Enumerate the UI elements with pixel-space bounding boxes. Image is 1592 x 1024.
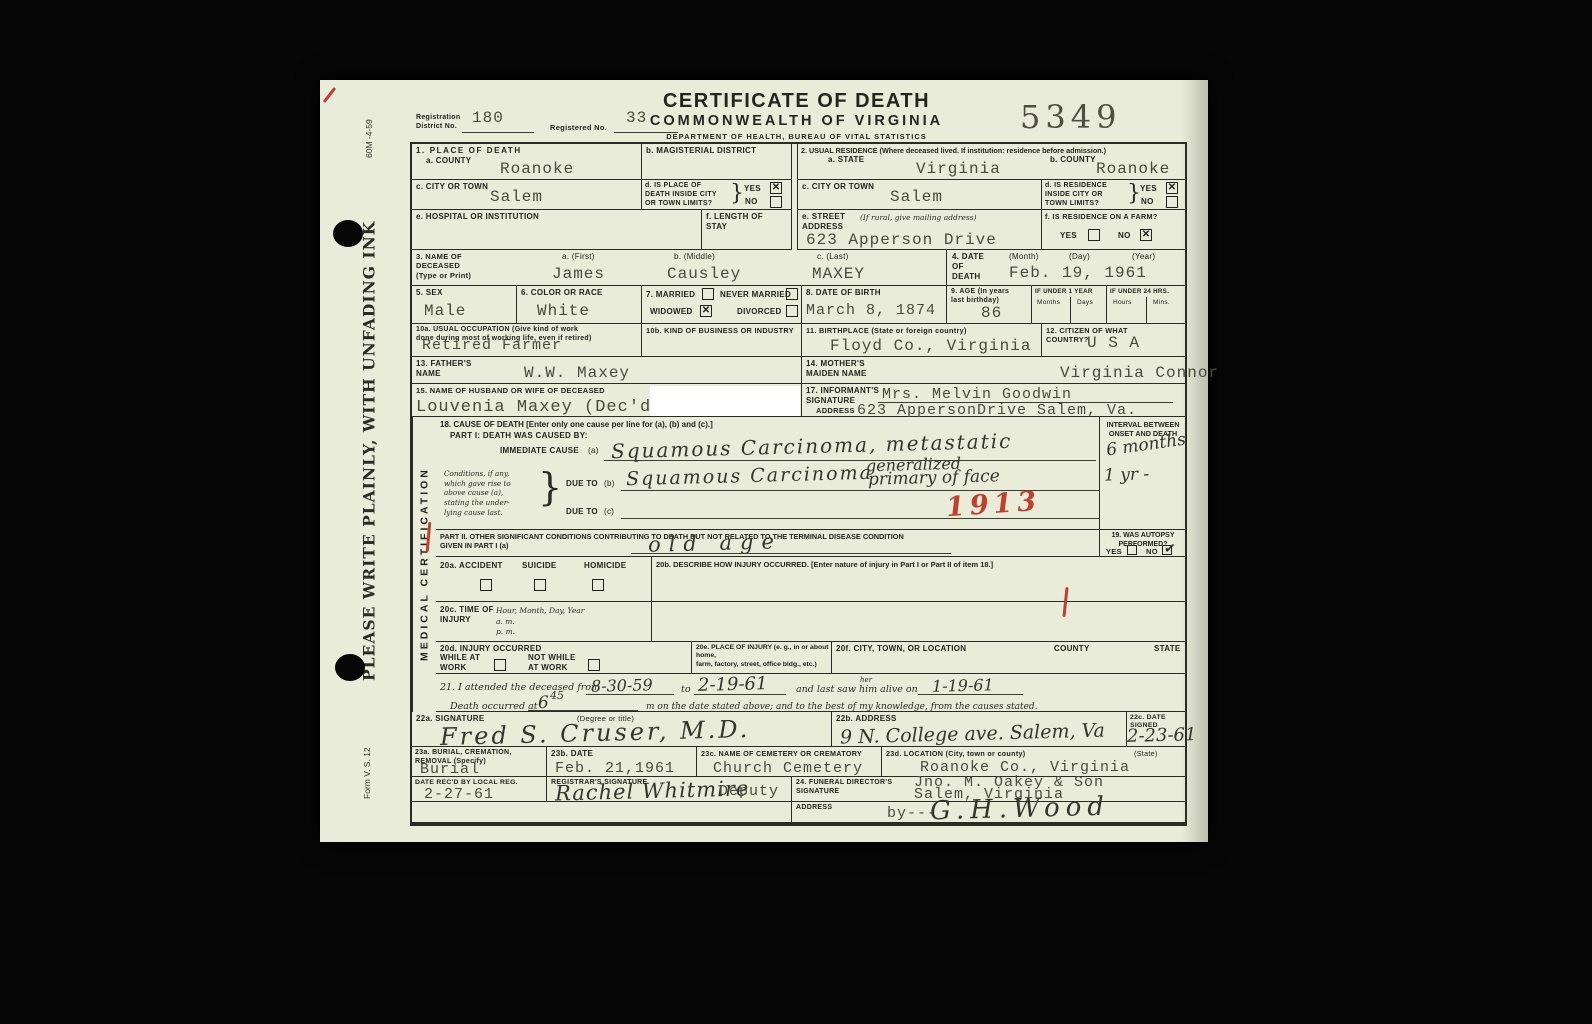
field-age: 9. AGE (In years last birthday) 86 [947, 286, 1032, 324]
address-label: ADDRESS [796, 804, 832, 813]
x-mark: ✕ [702, 305, 710, 316]
medical-certification-text: MEDICAL CERTIFICATION [419, 468, 431, 662]
no-label: NO [745, 197, 758, 207]
field-kind-of-business: 10b. KIND OF BUSINESS OR INDUSTRY [642, 324, 802, 357]
date-signed-handwriting: 2-23-61 [1127, 724, 1197, 747]
registered-no-value: 33 [626, 110, 647, 128]
field-label: 23d. LOCATION (City, town or county) [886, 749, 1026, 758]
field-note: (If rural, give mailing address) [860, 213, 976, 222]
x-mark: ✕ [1142, 229, 1150, 240]
field-age-under-1-year: IF UNDER 1 YEAR Months Days [1032, 286, 1107, 324]
certificate-form: 1. PLACE OF DEATH a. COUNTY Roanoke b. M… [410, 142, 1187, 826]
checkbox-farm-yes [1088, 229, 1100, 241]
scanner-background: 60M -4-59 PLEASE WRITE PLAINLY, WITH UNF… [0, 0, 1592, 1024]
field-label: 18. CAUSE OF DEATH [Enter only one cause… [440, 420, 713, 430]
write-plainly-caption: PLEASE WRITE PLAINLY, WITH UNFADING INK [358, 268, 380, 634]
field-funeral-director-address: ADDRESS by--- G.H.Wood [792, 802, 1185, 822]
field-label: 8. DATE OF BIRTH [806, 288, 881, 298]
field-label: f. IS RESIDENCE ON A FARM? [1045, 212, 1158, 221]
last-name-label: c. (Last) [817, 252, 849, 262]
brace-glyph: } [1127, 181, 1141, 206]
while-at-work-label: WHILE AT WORK [440, 653, 480, 673]
redaction-patch [650, 386, 800, 416]
field-label: 15. NAME OF HUSBAND OR WIFE OF DECEASED [416, 386, 605, 395]
attended-to-handwriting: 2-19-61 [698, 673, 768, 696]
cause-line-b-handwriting: Squamous Carcinoma [626, 462, 873, 490]
spouse-name-value: Louvenia Maxey (Dec'd) [416, 399, 662, 418]
checkbox-suicide [534, 579, 546, 591]
field-label: 9. AGE (In years last birthday) [951, 288, 1009, 306]
checkbox-residence-inside-yes: ✕ [1166, 182, 1178, 194]
field-label: 22b. ADDRESS [836, 714, 897, 724]
checkbox-death-inside-no [770, 196, 782, 208]
underline [614, 132, 678, 133]
physician-signature-handwriting: Fred S. Cruser, M.D. [440, 715, 751, 751]
field-date-signed: 22c. DATE SIGNED 2-23-61 [1127, 712, 1185, 747]
field-label: 5. SEX [416, 288, 443, 298]
field-burial: 23a. BURIAL, CREMATION, REMOVAL (Specify… [412, 747, 547, 777]
field-label: d. IS RESIDENCE INSIDE CITY OR TOWN LIMI… [1045, 182, 1107, 208]
birthplace-value: Floyd Co., Virginia [830, 338, 1031, 356]
field-label: 1. PLACE OF DEATH [416, 146, 522, 156]
field-mother-maiden-name: 14. MOTHER'S MAIDEN NAME Virginia Connor [802, 357, 1185, 384]
field-date-received: DATE REC'D BY LOCAL REG. 2-27-61 [412, 777, 547, 802]
field-label: 14. MOTHER'S MAIDEN NAME [806, 359, 867, 379]
line-a-mark: (a) [588, 446, 599, 456]
part1-label: PART I: DEATH WAS CAUSED BY: [450, 431, 588, 441]
citizenship-value: U S A [1087, 335, 1140, 353]
field-label: e. STREET ADDRESS [802, 212, 845, 232]
field-label: c. CITY OR TOWN [416, 182, 488, 192]
death-time-handwriting: 6 [538, 693, 549, 713]
sex-value: Male [424, 303, 466, 321]
field-length-of-stay: f. LENGTH OF STAY [702, 210, 792, 250]
field-label: 20e. PLACE OF INJURY (e. g., in or about… [696, 644, 831, 669]
homicide-label: HOMICIDE [584, 561, 626, 571]
field-label: a. COUNTY [426, 156, 471, 166]
checkbox-widowed: ✕ [700, 305, 712, 317]
cause-line-b2-handwriting: primary of face [868, 466, 1000, 489]
field-sex: 5. SEX Male [412, 286, 517, 324]
field-residence-on-farm: f. IS RESIDENCE ON A FARM? YES NO ✕ [1042, 210, 1185, 250]
field-birthplace: 11. BIRTHPLACE (State or foreign country… [802, 324, 1042, 357]
time-units-note: Hour, Month, Day, Year [496, 606, 584, 615]
street-address-value: 623 Apperson Drive [806, 232, 997, 250]
field-time-of-injury: 20c. TIME OF INJURY Hour, Month, Day, Ye… [436, 602, 652, 642]
checkbox-autopsy-yes [1127, 545, 1137, 555]
accident-label: 20a. ACCIDENT [440, 561, 503, 571]
field-time-of-injury-blank [652, 602, 1185, 642]
immediate-cause-label: IMMEDIATE CAUSE [500, 446, 579, 456]
field-attended-deceased: 21. I attended the deceased from 8-30-59… [436, 674, 1185, 712]
field-label: c. CITY OR TOWN [802, 182, 874, 192]
field-label: IF UNDER 24 HRS. [1110, 288, 1169, 296]
field-marital-status: 7. MARRIED NEVER MARRIED WIDOWED ✕ DIVOR… [642, 286, 802, 324]
field-part2-conditions: PART II. OTHER SIGNIFICANT CONDITIONS CO… [436, 530, 1099, 557]
field-label: 4. DATE OF DEATH [952, 252, 984, 282]
red-pen-mark-corner [323, 87, 336, 103]
am-label: a. m. [496, 617, 515, 626]
checkbox-while-at-work [494, 659, 506, 671]
first-name-value: James [552, 266, 605, 284]
attended-text: 21. I attended the deceased from [440, 682, 600, 693]
stock-code: 60M -4-59 [362, 108, 376, 170]
widowed-label: WIDOWED [650, 307, 693, 317]
date-of-death-value: Feb. 19, 1961 [1009, 265, 1147, 283]
attended-from-handwriting: 8-30-59 [591, 675, 653, 696]
field-place-of-death-county: 1. PLACE OF DEATH a. COUNTY Roanoke [412, 144, 642, 180]
field-death-inside-limits: d. IS PLACE OF DEATH INSIDE CITY OR TOWN… [642, 180, 792, 210]
pm-label: p. m. [496, 627, 515, 636]
due-to-b-label: DUE TO [566, 479, 598, 489]
county-label: COUNTY [1054, 644, 1090, 654]
center-double-rule [791, 144, 798, 250]
field-spouse-name: 15. NAME OF HUSBAND OR WIFE OF DECEASED … [412, 384, 802, 417]
field-physician-signature: 22a. SIGNATURE (Degree or title) Fred S.… [412, 712, 832, 747]
date-of-birth-value: March 8, 1874 [806, 303, 936, 320]
field-informant: 17. INFORMANT'S SIGNATURE Mrs. Melvin Go… [802, 384, 1185, 417]
middle-name-label: b. (Middle) [674, 252, 715, 262]
funeral-director-signature-handwriting: G.H.Wood [930, 792, 1111, 827]
field-label: 6. COLOR OR RACE [521, 288, 603, 298]
field-label: 20c. TIME OF INJURY [440, 605, 494, 625]
age-value: 86 [981, 305, 1002, 323]
field-name-of-deceased: 3. NAME OF DECEASED (Type or Print) a. (… [412, 250, 947, 286]
burial-date-value: Feb. 21,1961 [555, 761, 675, 778]
mother-name-value: Virginia Connor [1060, 365, 1219, 383]
state-label: STATE [1154, 644, 1181, 654]
registration-district-value: 180 [472, 110, 504, 128]
day-label: (Day) [1069, 252, 1090, 262]
underline [631, 553, 951, 554]
divider [1070, 297, 1071, 324]
line-c-mark: (c) [604, 507, 614, 517]
months-label: Months [1037, 299, 1060, 307]
first-name-label: a. (First) [562, 252, 595, 262]
residence-state-value: Virginia [916, 161, 1001, 179]
city-of-death-value: Salem [490, 189, 543, 207]
year-label: (Year) [1132, 252, 1155, 262]
divorced-label: DIVORCED [737, 307, 782, 317]
field-label: IF UNDER 1 YEAR [1035, 288, 1093, 296]
no-label: NO [1118, 231, 1131, 241]
brace-glyph: } [730, 181, 744, 206]
field-cause-of-death: 18. CAUSE OF DEATH [Enter only one cause… [436, 417, 1099, 530]
her-text: her [860, 676, 872, 684]
no-label: NO [1146, 547, 1158, 556]
address-label: ADDRESS [816, 406, 855, 415]
last-saw-text: and last saw him alive on [796, 684, 918, 695]
field-label: 3. NAME OF DECEASED (Type or Print) [416, 252, 471, 280]
checkbox-accident [480, 579, 492, 591]
field-label: 10b. KIND OF BUSINESS OR INDUSTRY [646, 326, 796, 335]
checkbox-not-while-at-work [588, 659, 600, 671]
checkbox-never-married [786, 288, 798, 300]
yes-label: YES [744, 184, 761, 194]
field-residence-inside-limits: d. IS RESIDENCE INSIDE CITY OR TOWN LIMI… [1042, 180, 1185, 210]
registration-district-label: Registration District No. [416, 114, 460, 132]
due-to-c-label: DUE TO [566, 507, 598, 517]
occupation-value: Retired Farmer [422, 338, 562, 355]
field-label: 23c. NAME OF CEMETERY OR CREMATORY [701, 749, 862, 758]
father-name-value: W.W. Maxey [524, 365, 630, 383]
checkbox-homicide [592, 579, 604, 591]
field-label: 23b. DATE [551, 749, 593, 759]
divider [1146, 297, 1147, 324]
never-married-label: NEVER MARRIED [720, 290, 791, 300]
state-label: (State) [1134, 749, 1158, 758]
no-label: NO [1141, 197, 1154, 207]
checkbox-farm-no: ✕ [1140, 229, 1152, 241]
field-label: a. STATE [828, 155, 864, 165]
field-label: 2. USUAL RESIDENCE (Where deceased lived… [801, 146, 1106, 155]
field-burial-date: 23b. DATE Feb. 21,1961 [547, 747, 697, 777]
month-label: (Month) [1009, 252, 1039, 262]
field-citizenship: 12. CITIZEN OF WHAT COUNTRY? U S A [1042, 324, 1185, 357]
mins-label: Mins. [1153, 299, 1170, 307]
race-value: White [537, 303, 590, 321]
middle-name-value: Causley [667, 266, 741, 284]
suicide-label: SUICIDE [522, 561, 557, 571]
conditions-note: Conditions, if any, which gave rise to a… [444, 469, 546, 518]
checkbox-residence-inside-no [1166, 196, 1178, 208]
field-autopsy: 19. WAS AUTOPSY PERFORMED? YES NO ✓ [1099, 530, 1185, 557]
yes-label: YES [1106, 547, 1122, 556]
field-usual-occupation: 10a. USUAL OCCUPATION (Give kind of work… [412, 324, 642, 357]
checkbox-autopsy-no: ✓ [1162, 545, 1172, 555]
brace-glyph: } [538, 465, 562, 509]
married-label: 7. MARRIED [646, 290, 695, 300]
field-label: b. MAGISTERIAL DISTRICT [646, 146, 756, 156]
field-interval-onset-death: INTERVAL BETWEEN ONSET AND DEATH 6 month… [1099, 417, 1185, 530]
field-accident-suicide-homicide: 20a. ACCIDENT SUICIDE HOMICIDE [436, 557, 652, 602]
interval-b-handwriting: 1 yr - [1104, 464, 1150, 485]
x-mark: ✕ [1168, 182, 1176, 193]
underline [604, 460, 1096, 461]
field-usual-residence: 2. USUAL RESIDENCE (Where deceased lived… [798, 144, 1185, 180]
form-number: Form V. S. 12 [360, 740, 374, 806]
last-name-value: MAXEY [812, 266, 865, 284]
field-hospital: e. HOSPITAL OR INSTITUTION [412, 210, 702, 250]
field-physician-address: 22b. ADDRESS 9 N. College ave. Salem, Va [832, 712, 1127, 747]
field-cemetery: 23c. NAME OF CEMETERY OR CREMATORY Churc… [697, 747, 882, 777]
registered-no-label: Registered No. [550, 123, 607, 132]
field-date-of-death: 4. DATE OF DEATH (Month) (Day) (Year) Fe… [947, 250, 1185, 286]
cemetery-value: Church Cemetery [713, 761, 863, 778]
field-injury-location: 20f. CITY, TOWN, OR LOCATION COUNTY STAT… [832, 642, 1185, 674]
death-occurred-text: Death occurred at [450, 701, 538, 712]
field-father-name: 13. FATHER'S NAME W.W. Maxey [412, 357, 802, 384]
line-b-mark: (b) [604, 479, 615, 489]
field-label: 20f. CITY, TOWN, OR LOCATION [836, 644, 966, 654]
field-label: d. IS PLACE OF DEATH INSIDE CITY OR TOWN… [645, 182, 717, 208]
checkbox-divorced [786, 305, 798, 317]
form-number-text: Form V. S. 12 [362, 747, 372, 799]
county-of-death-value: Roanoke [500, 161, 574, 179]
deputy-value: Deputy [719, 784, 779, 801]
field-residence-city: c. CITY OR TOWN Salem [798, 180, 1042, 210]
field-label: 11. BIRTHPLACE (State or foreign country… [806, 326, 967, 335]
field-injury-at-work: 20d. INJURY OCCURRED WHILE AT WORK NOT W… [436, 642, 692, 674]
field-describe-injury: 20b. DESCRIBE HOW INJURY OCCURRED. [Ente… [652, 557, 1185, 602]
field-magisterial-district: b. MAGISTERIAL DISTRICT [642, 144, 792, 180]
last-alive-handwriting: 1-19-61 [932, 675, 994, 696]
residence-county-value: Roanoke [1096, 161, 1170, 179]
serial-number-stamp: 5349 [1020, 98, 1150, 136]
underline [462, 132, 534, 133]
field-label: f. LENGTH OF STAY [706, 212, 763, 232]
field-date-of-birth: 8. DATE OF BIRTH March 8, 1874 [802, 286, 947, 324]
field-label: 24. FUNERAL DIRECTOR'S SIGNATURE [796, 779, 892, 797]
stock-code-text: 60M -4-59 [364, 120, 374, 159]
hours-label: Hours [1113, 299, 1132, 307]
not-while-at-work-label: NOT WHILE AT WORK [528, 653, 576, 673]
field-label: b. COUNTY [1050, 155, 1096, 165]
write-plainly-text: PLEASE WRITE PLAINLY, WITH UNFADING INK [360, 221, 379, 681]
check-mark: ✓ [1163, 542, 1176, 554]
punch-hole-top [333, 220, 363, 247]
checkbox-married [702, 288, 714, 300]
field-label: 20b. DESCRIBE HOW INJURY OCCURRED. [Ente… [656, 560, 993, 569]
underline [621, 518, 1099, 519]
field-city-of-death: c. CITY OR TOWN Salem [412, 180, 642, 210]
residence-city-value: Salem [890, 189, 943, 207]
days-label: Days [1077, 299, 1093, 307]
punch-hole-bottom [335, 654, 365, 681]
field-registrar-signature: REGISTRAR'S SIGNATURE Rachel Whitmire De… [547, 777, 792, 802]
field-street-address: e. STREET ADDRESS (If rural, give mailin… [798, 210, 1042, 250]
certificate-paper: 60M -4-59 PLEASE WRITE PLAINLY, WITH UNF… [320, 80, 1208, 842]
checkbox-death-inside-yes: ✕ [770, 182, 782, 194]
medical-certification-strip: MEDICAL CERTIFICATION [412, 417, 436, 712]
field-age-under-24-hrs: IF UNDER 24 HRS. Hours Mins. [1107, 286, 1185, 324]
field-cemetery-location: 23d. LOCATION (City, town or county) (St… [882, 747, 1185, 777]
bottom-blank-cell [412, 802, 792, 822]
field-label: e. HOSPITAL OR INSTITUTION [416, 212, 539, 222]
yes-label: YES [1060, 231, 1077, 241]
yes-label: YES [1140, 184, 1157, 194]
to-text: to [681, 684, 691, 695]
death-time-sup-handwriting: 45 [550, 689, 564, 702]
x-mark: ✕ [772, 182, 780, 193]
field-place-of-injury: 20e. PLACE OF INJURY (e. g., in or about… [692, 642, 832, 674]
field-label: 13. FATHER'S NAME [416, 359, 472, 379]
causes-stated-text: m on the date stated above; and to the b… [646, 702, 1038, 712]
field-color-or-race: 6. COLOR OR RACE White [517, 286, 642, 324]
